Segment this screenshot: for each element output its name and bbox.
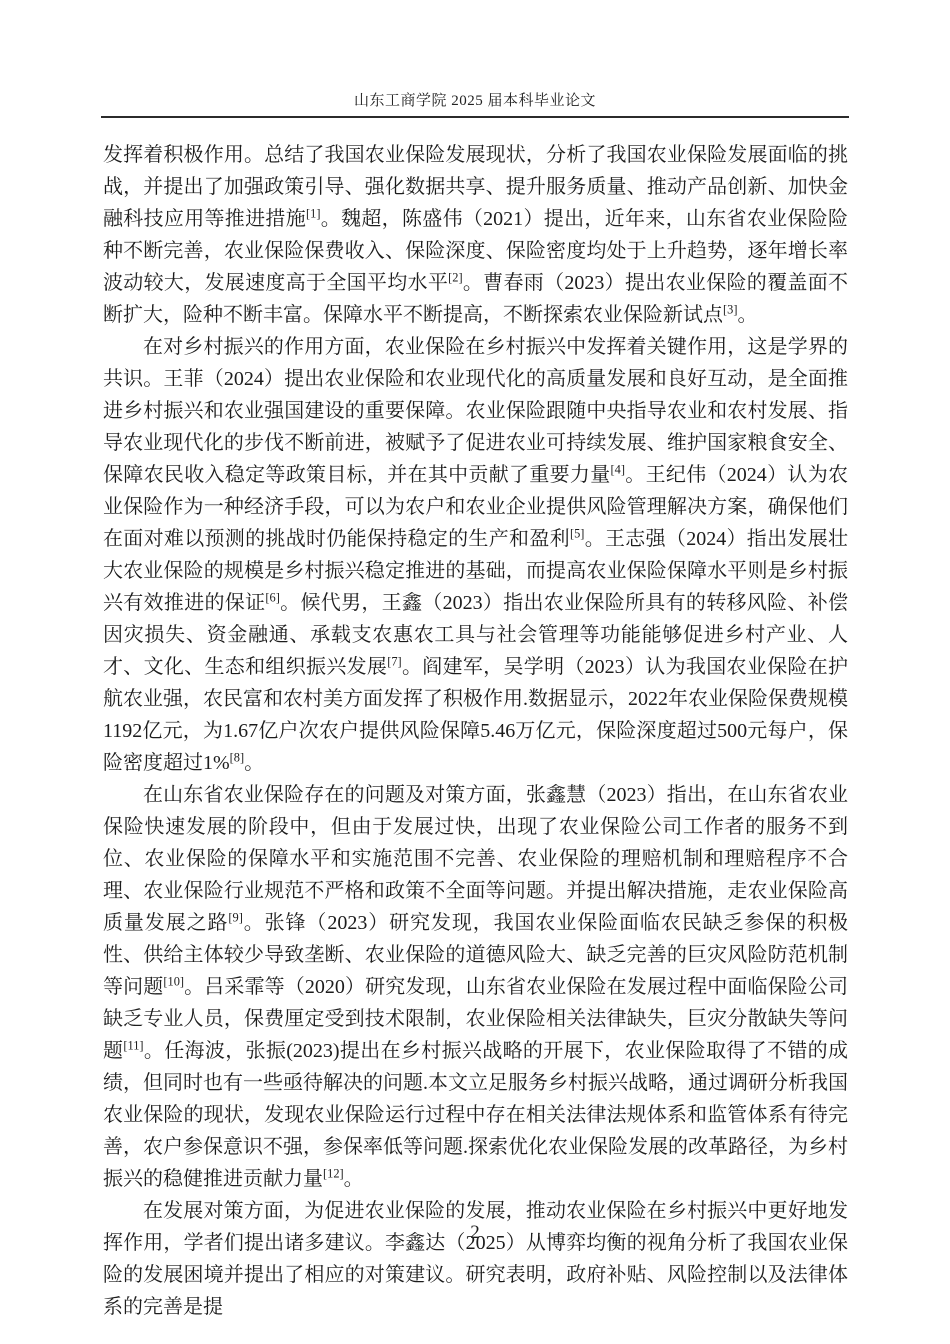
citation-ref: [11] <box>123 1038 143 1052</box>
page-footer: 2 <box>0 1222 950 1244</box>
paragraph: 在对乡村振兴的作用方面，农业保险在乡村振兴中发挥着关键作用，这是学界的共识。王菲… <box>103 331 848 779</box>
citation-ref: [10] <box>163 974 184 988</box>
citation-ref: [2] <box>448 270 462 284</box>
citation-ref: [4] <box>611 462 625 476</box>
citation-ref: [8] <box>230 750 244 764</box>
page-number: 2 <box>470 1222 480 1243</box>
document-body: 发挥着积极作用。总结了我国农业保险发展现状，分析了我国农业保险发展面临的挑战，并… <box>103 139 848 1323</box>
paragraph: 在山东省农业保险存在的问题及对策方面，张鑫慧（2023）指出，在山东省农业保险快… <box>103 779 848 1195</box>
thesis-page: 山东工商学院 2025 届本科毕业论文 发挥着积极作用。总结了我国农业保险发展现… <box>0 0 950 1344</box>
citation-ref: [5] <box>570 526 584 540</box>
header-title: 山东工商学院 2025 届本科毕业论文 <box>101 92 849 110</box>
citation-ref: [12] <box>323 1166 344 1180</box>
citation-ref: [9] <box>228 910 242 924</box>
page-header: 山东工商学院 2025 届本科毕业论文 <box>101 0 849 118</box>
paragraph: 发挥着积极作用。总结了我国农业保险发展现状，分析了我国农业保险发展面临的挑战，并… <box>103 139 848 331</box>
citation-ref: [6] <box>265 590 279 604</box>
citation-ref: [7] <box>387 654 401 668</box>
citation-ref: [3] <box>723 302 737 316</box>
citation-ref: [1] <box>306 206 320 220</box>
paragraph: 在发展对策方面，为促进农业保险的发展，推动农业保险在乡村振兴中更好地发挥作用，学… <box>103 1195 848 1323</box>
